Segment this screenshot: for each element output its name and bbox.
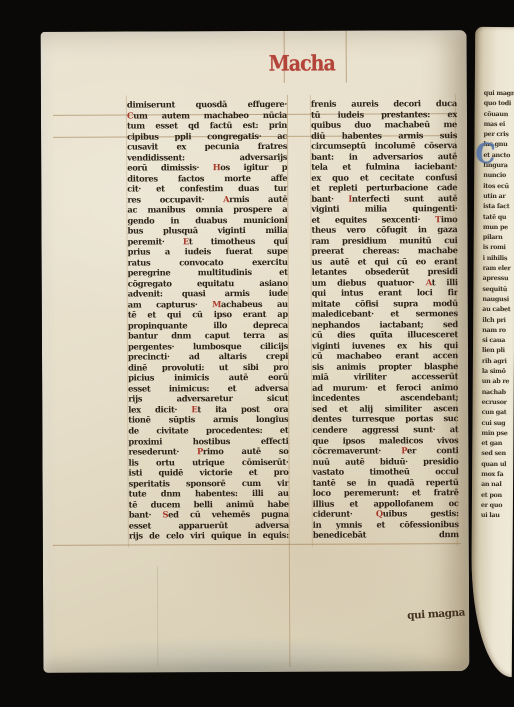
manuscript-line: lex dicit· Et ita post ora — [128, 404, 288, 415]
manuscript-line: bus plusquā viginti milia — [127, 225, 287, 236]
manuscript-line: esset apparuerūt adversa — [129, 519, 289, 530]
manuscript-line: Cum autem machabeo nūcia — [127, 109, 287, 120]
manuscript-line: cendere aggressi sunt· at — [312, 424, 458, 435]
manuscript-line: pergentes· lumbosque cilicijs — [128, 341, 288, 352]
manuscript-line: quo todi — [484, 99, 514, 110]
manuscript-line: picius inimicis autē eorū — [128, 372, 288, 383]
manuscript-line: viginti iuvenes ex his qui — [312, 340, 458, 351]
manuscript-line: qui magn — [484, 89, 514, 100]
facing-page-edge: qui magnquo todicōuaunmas eiper crislas … — [471, 27, 514, 677]
manuscript-line: cū machabeo erant accen — [312, 350, 458, 361]
manuscript-line: au cabet — [482, 305, 513, 316]
manuscript-line: et pon — [481, 490, 512, 501]
manuscript-line: de civitate procedentes: et — [128, 425, 288, 436]
manuscript-line: naugusi — [482, 295, 513, 306]
manuscript-line: tantē se in quadā repertū — [313, 477, 459, 488]
manuscript-line: utin ar — [483, 192, 514, 203]
manuscript-line: am capturus· Machabeus au — [128, 299, 288, 310]
manuscript-line: cōuaun — [484, 110, 514, 121]
manuscript-line: resederunt· Primo autē so — [128, 446, 288, 457]
manuscript-line: incedentes ascendebant; — [312, 393, 458, 404]
manuscript-line: qui intus erant loci fir — [312, 287, 458, 298]
manuscript-line: bant· Sed cū vehemēs pugna — [129, 509, 289, 520]
manuscript-line: ecrusor — [482, 398, 513, 409]
manuscript-line: cui sug — [481, 418, 512, 429]
manuscript-line: lis ortu utrique cōmiserūt· — [128, 456, 288, 467]
manuscript-line: pilarn — [483, 233, 514, 244]
manuscript-line: proximi hostibus effecti — [128, 435, 288, 446]
manuscript-line: gendo in duabus municioni — [127, 215, 287, 226]
manuscript-line: advenit: quasi armis iude — [128, 288, 288, 299]
manuscript-line: cun gat — [482, 408, 513, 419]
manuscript-line: la simō — [482, 367, 513, 378]
manuscript-line: us autē et qui cū eo erant — [312, 256, 458, 267]
manuscript-line: ratus convocato exercitu — [128, 257, 288, 268]
manuscript-line: dentes turresque portas suc — [312, 414, 458, 425]
manuscript-line: quan ul — [481, 460, 512, 471]
manuscript-line: cōgregato equitatu asiano — [128, 278, 288, 289]
manuscript-line: ad murum· et feroci animo — [312, 382, 458, 393]
manuscript-line: letantes obsederūt presidi — [312, 266, 458, 277]
manuscript-line: frenis aureis decori duca — [311, 98, 457, 109]
manuscript-line: tū iudeis prestantes: ex — [311, 109, 457, 120]
manuscript-line: ilch pri — [482, 315, 513, 326]
manuscript-line: si caua — [482, 336, 513, 347]
manuscript-line: rijs de celo viri quīque in equis: — [129, 530, 289, 541]
manuscript-line: peregrine multitudinis et — [128, 267, 288, 278]
manuscript-line: mun pe — [483, 223, 514, 234]
manuscript-line: circumseptū incolumē cōserva — [311, 140, 457, 151]
manuscript-line: sed sen — [481, 449, 512, 460]
manuscript-line: isti quidē victorie et pro — [129, 467, 289, 478]
manuscript-page: Macha dimiserunt quosdā effugere·Cum aut… — [41, 30, 470, 673]
manuscript-line: cit· et confestim duas tur — [127, 183, 287, 194]
manuscript-line: lien pli — [482, 346, 513, 357]
manuscript-line: ram presidium munitū cui — [311, 235, 457, 246]
manuscript-line: mitate cōfisi supra modū — [312, 298, 458, 309]
manuscript-line: ditores factos morte affe — [127, 172, 287, 183]
manuscript-line: mas ei — [484, 120, 514, 131]
manuscript-line: loco peremerunt: et fratrē — [313, 487, 459, 498]
manuscript-line: bant· Interfecti sunt autē — [311, 193, 457, 204]
manuscript-line: peremit· Et timotheus qui — [127, 236, 287, 247]
text-column-right: frenis aureis decori ducatū iudeis prest… — [311, 98, 459, 540]
manuscript-line: cōcremaverunt· Per conti — [312, 445, 458, 456]
manuscript-line: theus vero cōfugit in gaza — [311, 224, 457, 235]
manuscript-line: an nal — [481, 480, 512, 491]
manuscript-line: et equites sexcenti· Timo — [311, 214, 457, 225]
manuscript-line: benedicebāt dnm — [313, 529, 459, 540]
text-column-left: dimiserunt quosdā effugere·Cum autem mac… — [127, 99, 289, 541]
manuscript-line: vendidissent: adversarijs — [127, 151, 287, 162]
running-title: Macha — [269, 51, 365, 76]
manuscript-line: ram eler — [483, 264, 514, 275]
manuscript-line: que ipsos maledicos vivos — [312, 435, 458, 446]
manuscript-line: prius a iudeis fuerat supe — [128, 246, 288, 257]
manuscript-line: tum esset qd factū est: prin — [127, 120, 287, 131]
manuscript-line: nephandos iactabant; sed — [312, 319, 458, 330]
manuscript-line: in ymnis et cōfessionibus — [313, 519, 459, 530]
manuscript-line: illius et appollofanem oc — [313, 498, 459, 509]
manuscript-line: nam ro — [482, 326, 513, 337]
photo-backdrop: { "photo": { "background_color": "#0b090… — [0, 0, 514, 707]
parchment-crease — [157, 566, 158, 666]
manuscript-line: nuncio — [483, 171, 514, 182]
manuscript-line: maledicebant· et sermones — [312, 308, 458, 319]
manuscript-line: tela et fulmina iaciebant· — [311, 161, 457, 172]
manuscript-line: viginti milia quingenti· — [311, 203, 457, 214]
catchword: qui magna — [407, 607, 465, 622]
manuscript-line: dimiserunt quosdā effugere· — [127, 99, 287, 110]
manuscript-line: i nihilis — [483, 254, 514, 265]
manuscript-line: tionē sūptis armis longius — [128, 414, 288, 425]
manuscript-line: ex quo et cecitate confusi — [311, 172, 457, 183]
manuscript-line: ciderunt· Quibus gestis: — [313, 508, 459, 519]
manuscript-line: tute dnm habentes: illi au — [129, 488, 289, 499]
manuscript-line: tē ducem belli animū habe — [129, 498, 289, 509]
manuscript-line: et gan — [481, 439, 512, 450]
manuscript-line: ui lau — [481, 511, 512, 522]
manuscript-line: sequitū — [482, 285, 513, 296]
manuscript-line: is romi — [483, 243, 514, 254]
manuscript-line: nuū autē biduū· presidio — [312, 456, 458, 467]
manuscript-line: quibus duo machabeū me — [311, 119, 457, 130]
illuminated-initial: C — [474, 137, 496, 170]
manuscript-line: ista fact — [483, 202, 514, 213]
manuscript-line: dinē provoluti: ut sibi pro — [128, 362, 288, 373]
manuscript-line: ac manibus omnia prospere a — [127, 204, 287, 215]
manuscript-line: diū habentes armis suis — [311, 130, 457, 141]
manuscript-line: cipibus ppli congregatis· ac — [127, 130, 287, 141]
manuscript-line: mox fa — [481, 470, 512, 481]
manuscript-line: bant: in adversarios autē — [311, 151, 457, 162]
manuscript-line: er quo — [481, 501, 512, 512]
manuscript-line: tatē qu — [483, 212, 514, 223]
manuscript-line: cusavit ex pecunia fratres — [127, 141, 287, 152]
manuscript-line: speritatis sponsorē cum vir — [129, 477, 289, 488]
manuscript-line: min pse — [481, 429, 512, 440]
manuscript-line: itos ecū — [483, 182, 514, 193]
manuscript-line: et repleti perturbacione cade — [311, 182, 457, 193]
manuscript-line: tē et qui cū ipso erant ap — [128, 309, 288, 320]
manuscript-line: un ab re — [482, 377, 513, 388]
manuscript-line: bantur dnm caput terra as — [128, 330, 288, 341]
manuscript-line: preerat chereas: machabe — [312, 245, 458, 256]
manuscript-line: cū dies quīta illucesceret — [312, 329, 458, 340]
manuscript-line: res occupavit· Armis autē — [127, 193, 287, 204]
manuscript-line: precincti· ad altaris crepi — [128, 351, 288, 362]
manuscript-line: miā viriliter accesserūt — [312, 372, 458, 383]
manuscript-line: propinquante illo depreca — [128, 320, 288, 331]
manuscript-line: nachab — [482, 388, 513, 399]
manuscript-line: esset inimicus: et adversa — [128, 383, 288, 394]
ruling-line-bottom — [53, 543, 461, 546]
manuscript-line: apressu — [482, 274, 513, 285]
manuscript-line: sis animis propter blasphe — [312, 361, 458, 372]
manuscript-line: um diebus quatuor· At illi — [312, 277, 458, 288]
manuscript-line: rijs adversaretur sicut — [128, 393, 288, 404]
manuscript-line: eorū dimissis· Hos igitur p — [127, 162, 287, 173]
manuscript-line: rih agri — [482, 357, 513, 368]
manuscript-line: vastato timotheū occul — [313, 466, 459, 477]
manuscript-line: sed et alij similiter ascen — [312, 403, 458, 414]
